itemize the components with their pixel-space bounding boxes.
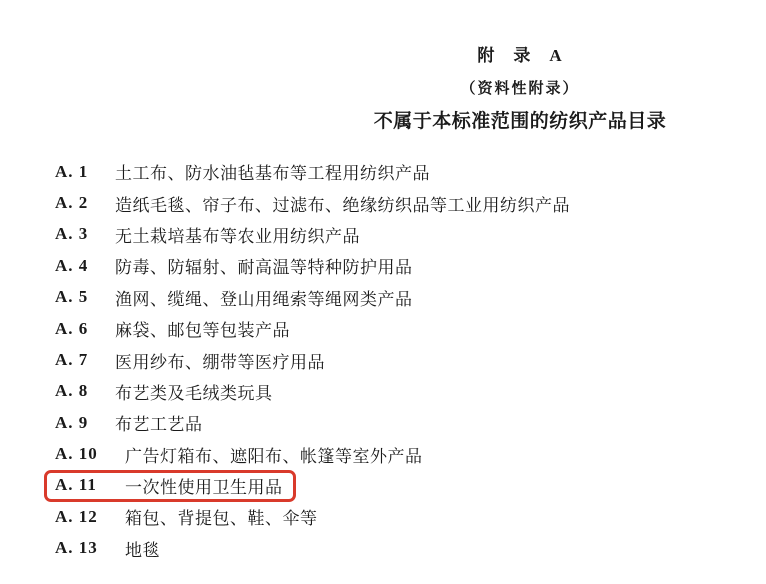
item-text: 箱包、背提包、鞋、伞等 <box>125 504 318 529</box>
item-number: A. 3 <box>55 224 99 244</box>
item-number: A. 4 <box>55 256 99 276</box>
list-item: A. 2 造纸毛毯、帘子布、过滤布、绝缘纺织品等工业用纺织产品 <box>55 187 715 218</box>
item-text: 布艺类及毛绒类玩具 <box>115 379 273 404</box>
list-item: A. 3 无土栽培基布等农业用纺织产品 <box>55 219 715 250</box>
item-number: A. 10 <box>55 444 109 464</box>
item-number: A. 7 <box>55 350 99 370</box>
item-number: A. 12 <box>55 507 109 527</box>
appendix-title: 附 录 A <box>330 46 710 66</box>
list-item: A. 1 土工布、防水油毡基布等工程用纺织产品 <box>55 156 715 187</box>
item-number: A. 1 <box>55 162 99 182</box>
red-highlight-box: A. 11 一次性使用卫生用品 <box>44 470 296 502</box>
appendix-subtitle: （资料性附录） <box>330 80 710 98</box>
item-text: 医用纱布、绷带等医疗用品 <box>115 348 325 373</box>
item-text: 地毯 <box>125 536 160 561</box>
item-text: 布艺工艺品 <box>115 410 203 435</box>
document-header: 附 录 A （资料性附录） 不属于本标准范围的纺织产品目录 <box>330 46 710 133</box>
item-text: 一次性使用卫生用品 <box>125 473 283 498</box>
item-text: 渔网、缆绳、登山用绳索等绳网类产品 <box>115 285 413 310</box>
document-page: 附 录 A （资料性附录） 不属于本标准范围的纺织产品目录 A. 1 土工布、防… <box>0 0 766 584</box>
list-item: A. 13 地毯 <box>55 533 715 564</box>
list-item: A. 12 箱包、背提包、鞋、伞等 <box>55 501 715 532</box>
list-item: A. 5 渔网、缆绳、登山用绳索等绳网类产品 <box>55 282 715 313</box>
appendix-list: A. 1 土工布、防水油毡基布等工程用纺织产品 A. 2 造纸毛毯、帘子布、过滤… <box>55 156 715 564</box>
item-text: 造纸毛毯、帘子布、过滤布、绝缘纺织品等工业用纺织产品 <box>115 191 570 216</box>
item-text: 土工布、防水油毡基布等工程用纺织产品 <box>115 159 430 184</box>
item-text: 麻袋、邮包等包装产品 <box>115 316 290 341</box>
item-number: A. 13 <box>55 538 109 558</box>
item-number: A. 6 <box>55 319 99 339</box>
item-text: 广告灯箱布、遮阳布、帐篷等室外产品 <box>125 442 423 467</box>
list-item-highlighted: A. 11 一次性使用卫生用品 <box>55 470 715 501</box>
item-number: A. 11 <box>55 475 109 495</box>
list-item: A. 10 广告灯箱布、遮阳布、帐篷等室外产品 <box>55 439 715 470</box>
item-text: 防毒、防辐射、耐高温等特种防护用品 <box>115 253 413 278</box>
item-number: A. 8 <box>55 381 99 401</box>
item-number: A. 2 <box>55 193 99 213</box>
item-text: 无土栽培基布等农业用纺织产品 <box>115 222 360 247</box>
catalog-title: 不属于本标准范围的纺织产品目录 <box>330 110 710 133</box>
list-item: A. 9 布艺工艺品 <box>55 407 715 438</box>
item-number: A. 5 <box>55 287 99 307</box>
list-item: A. 8 布艺类及毛绒类玩具 <box>55 376 715 407</box>
list-item: A. 7 医用纱布、绷带等医疗用品 <box>55 344 715 375</box>
list-item: A. 6 麻袋、邮包等包装产品 <box>55 313 715 344</box>
item-number: A. 9 <box>55 413 99 433</box>
list-item: A. 4 防毒、防辐射、耐高温等特种防护用品 <box>55 250 715 281</box>
